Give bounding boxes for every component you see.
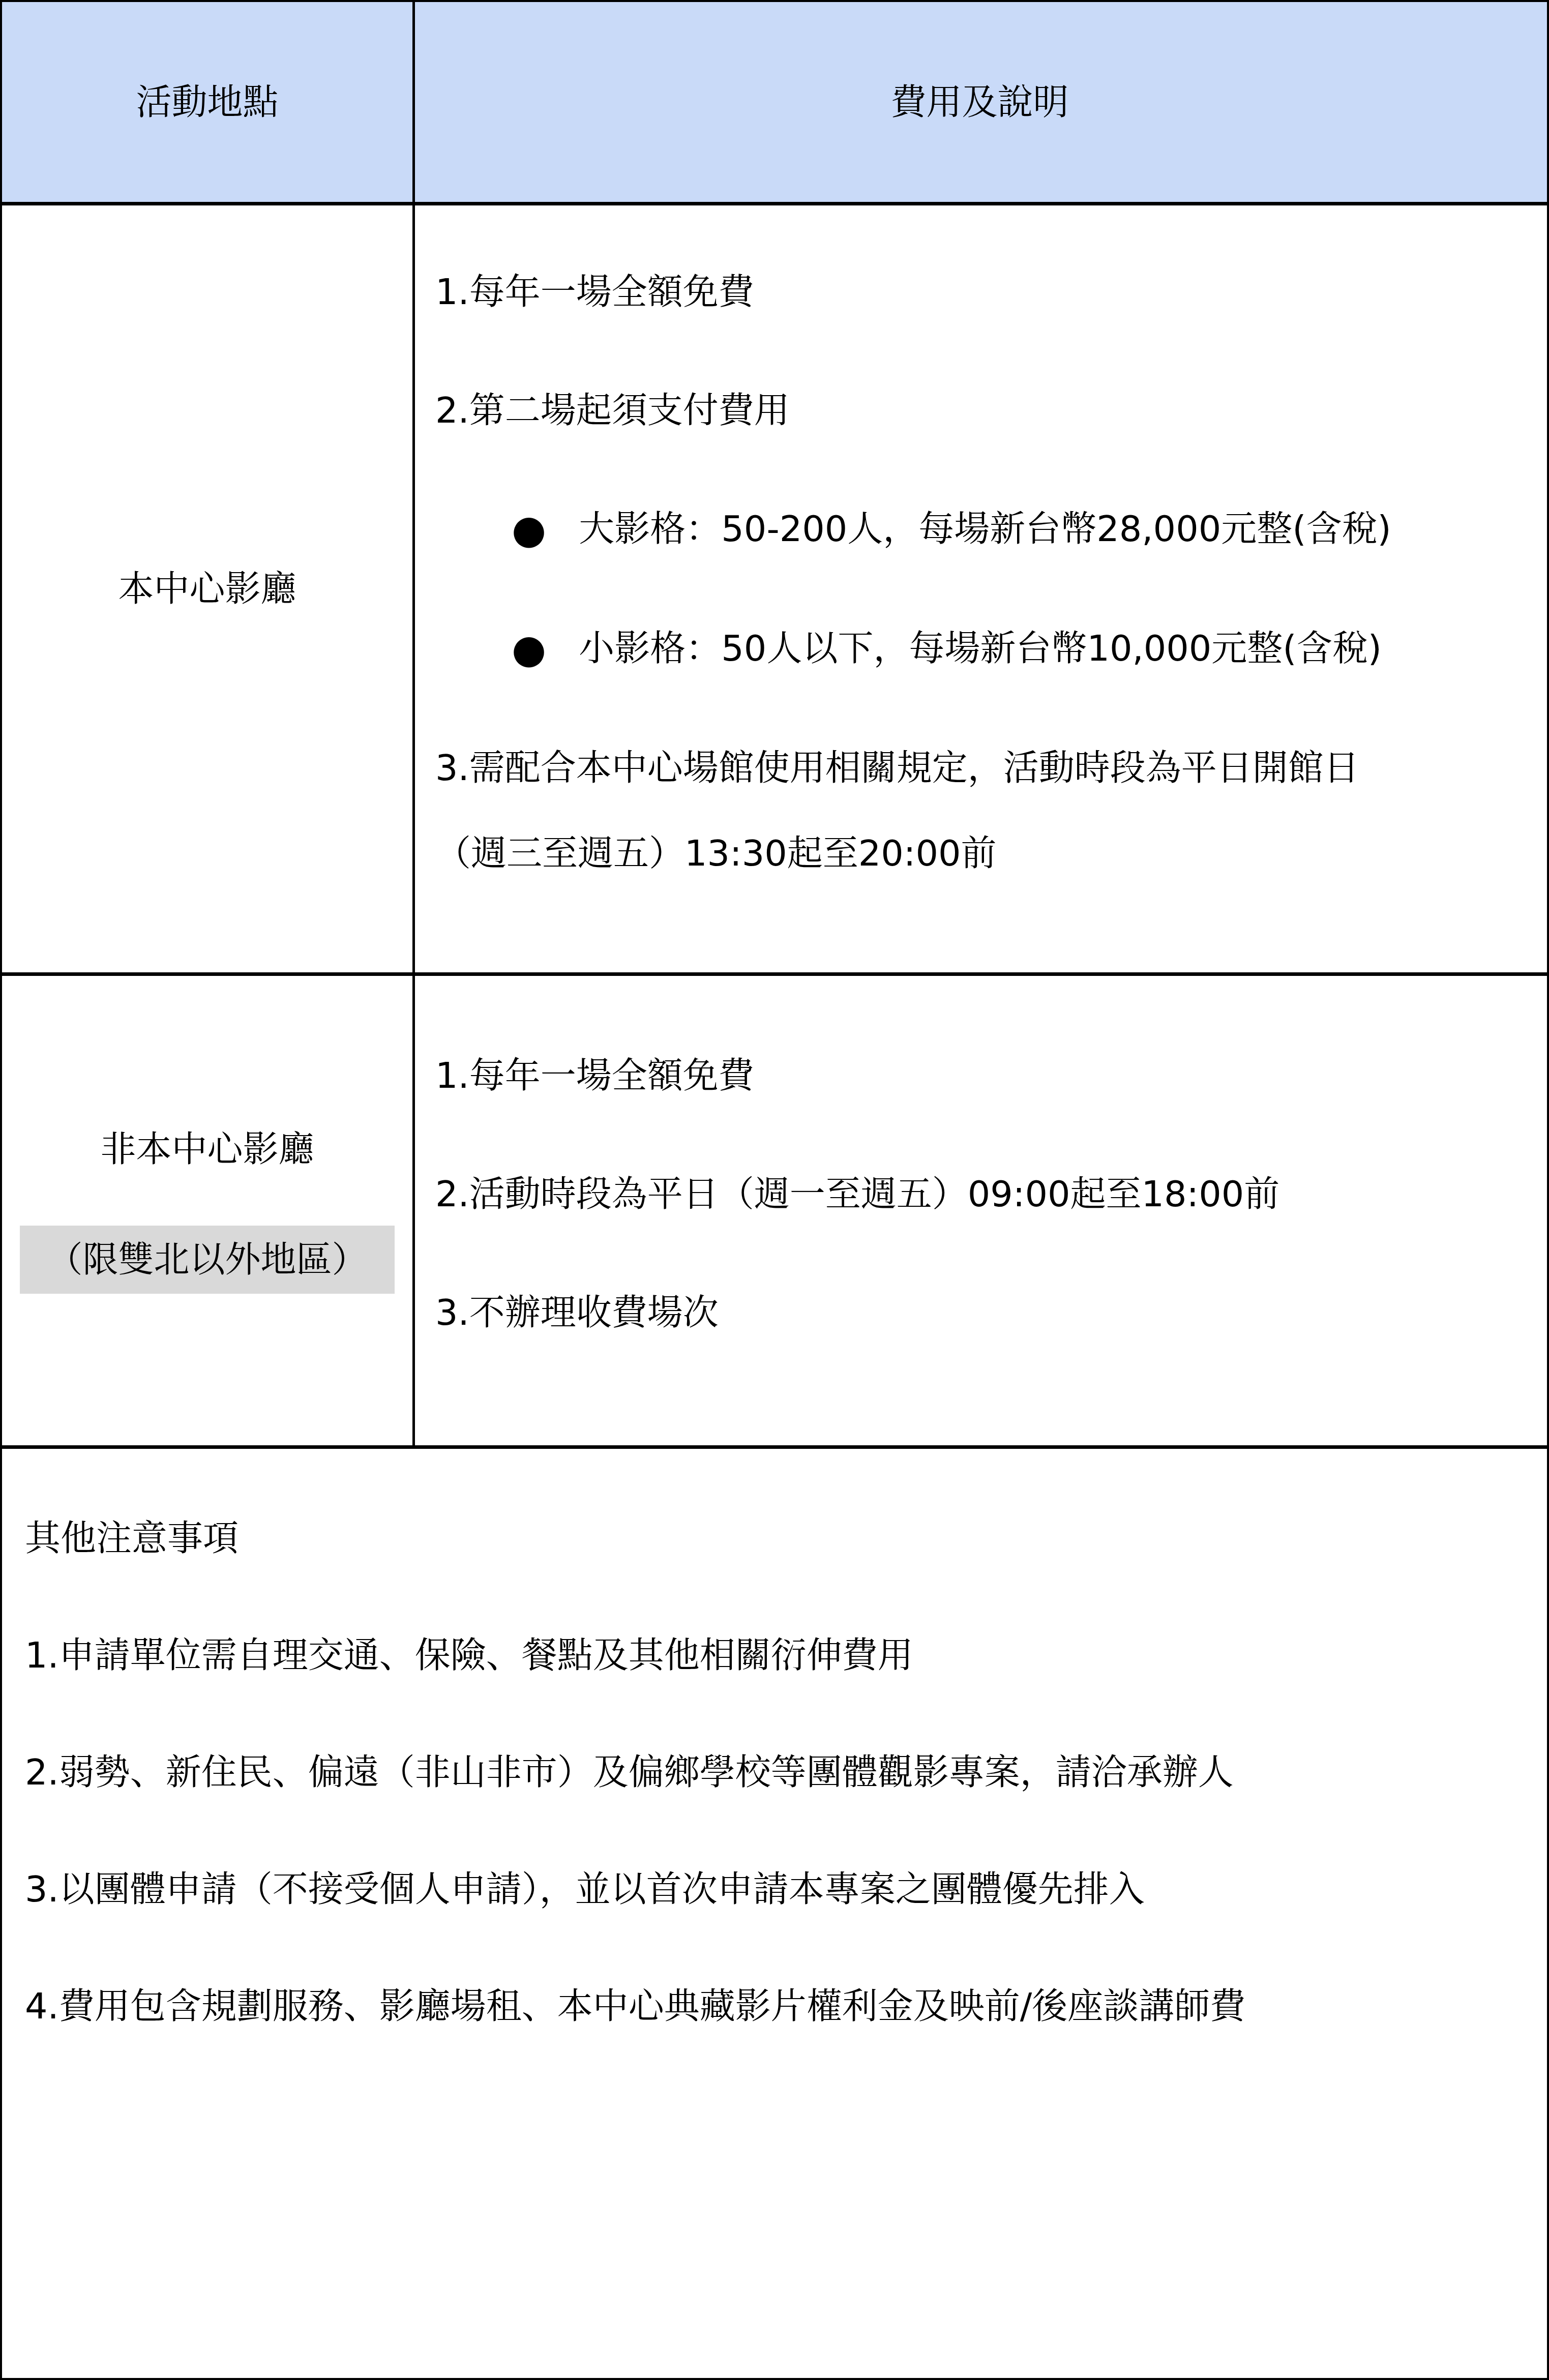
location-cell-external-theater: 非本中心影廳 （限雙北以外地區） — [2, 976, 415, 1445]
note-item: 4.費用包含規劃服務、影廳場租、本中心典藏影片權利金及映前/後座談講師費 — [25, 1963, 1524, 2049]
note-item: 3.以團體申請（不接受個人申請），並以首次申請本專案之團體優先排入 — [25, 1847, 1524, 1932]
fee-line: 3.不辦理收費場次 — [435, 1270, 1524, 1355]
location-label: 本中心影廳 — [118, 568, 296, 610]
fee-line: 2.活動時段為平日（週一至週五）09:00起至18:00前 — [435, 1151, 1524, 1237]
note-item: 1.申請單位需自理交通、保險、餐點及其他相關衍伸費用 — [25, 1613, 1524, 1698]
notes-cell: 其他注意事項 1.申請單位需自理交通、保險、餐點及其他相關衍伸費用 2.弱勢、新… — [2, 1449, 1547, 2378]
header-fee-label: 費用及說明 — [891, 81, 1069, 124]
fee-line-bullet: ● 小影格：50人以下，每場新台幣10,000元整(含稅) — [435, 606, 1524, 692]
fee-line-continuation: （週三至週五）13:30起至20:00前 — [435, 811, 1524, 896]
header-cell-location: 活動地點 — [2, 2, 415, 202]
fee-line: 1.每年一場全額免費 — [435, 1033, 1524, 1118]
notes-section-row: 其他注意事項 1.申請單位需自理交通、保險、餐點及其他相關衍伸費用 2.弱勢、新… — [2, 1449, 1547, 2378]
fee-line: 3.需配合本中心場館使用相關規定，活動時段為平日開館日 — [435, 725, 1524, 811]
note-item: 2.弱勢、新住民、偏遠（非山非市）及偏鄉學校等團體觀影專案，請洽承辦人 — [25, 1730, 1524, 1815]
bullet-icon: ● — [512, 627, 546, 672]
fee-table: 活動地點 費用及說明 本中心影廳 1.每年一場全額免費 2.第二場起須支付費用 … — [0, 0, 1549, 2380]
location-note-highlight: （限雙北以外地區） — [20, 1226, 395, 1294]
table-header-row: 活動地點 費用及說明 — [2, 2, 1547, 205]
fee-cell-center-theater: 1.每年一場全額免費 2.第二場起須支付費用 ● 大影格：50-200人，每場新… — [415, 205, 1547, 972]
fee-line: 2.第二場起須支付費用 — [435, 368, 1524, 453]
fee-cell-external-theater: 1.每年一場全額免費 2.活動時段為平日（週一至週五）09:00起至18:00前… — [415, 976, 1547, 1445]
fee-line-text: 小影格：50人以下，每場新台幣10,000元整(含稅) — [579, 628, 1382, 669]
table-row-center-theater: 本中心影廳 1.每年一場全額免費 2.第二場起須支付費用 ● 大影格：50-20… — [2, 205, 1547, 976]
location-cell-center-theater: 本中心影廳 — [2, 205, 415, 972]
fee-line-bullet: ● 大影格：50-200人，每場新台幣28,000元整(含稅) — [435, 486, 1524, 573]
location-label: 非本中心影廳 — [101, 1128, 314, 1171]
notes-title: 其他注意事項 — [25, 1496, 1524, 1581]
table-row-external-theater: 非本中心影廳 （限雙北以外地區） 1.每年一場全額免費 2.活動時段為平日（週一… — [2, 976, 1547, 1449]
bullet-icon: ● — [512, 507, 546, 553]
fee-line: 1.每年一場全額免費 — [435, 249, 1524, 335]
fee-line-text: 大影格：50-200人，每場新台幣28,000元整(含稅) — [579, 508, 1391, 550]
header-location-label: 活動地點 — [136, 81, 279, 124]
header-cell-fee: 費用及說明 — [415, 2, 1547, 202]
